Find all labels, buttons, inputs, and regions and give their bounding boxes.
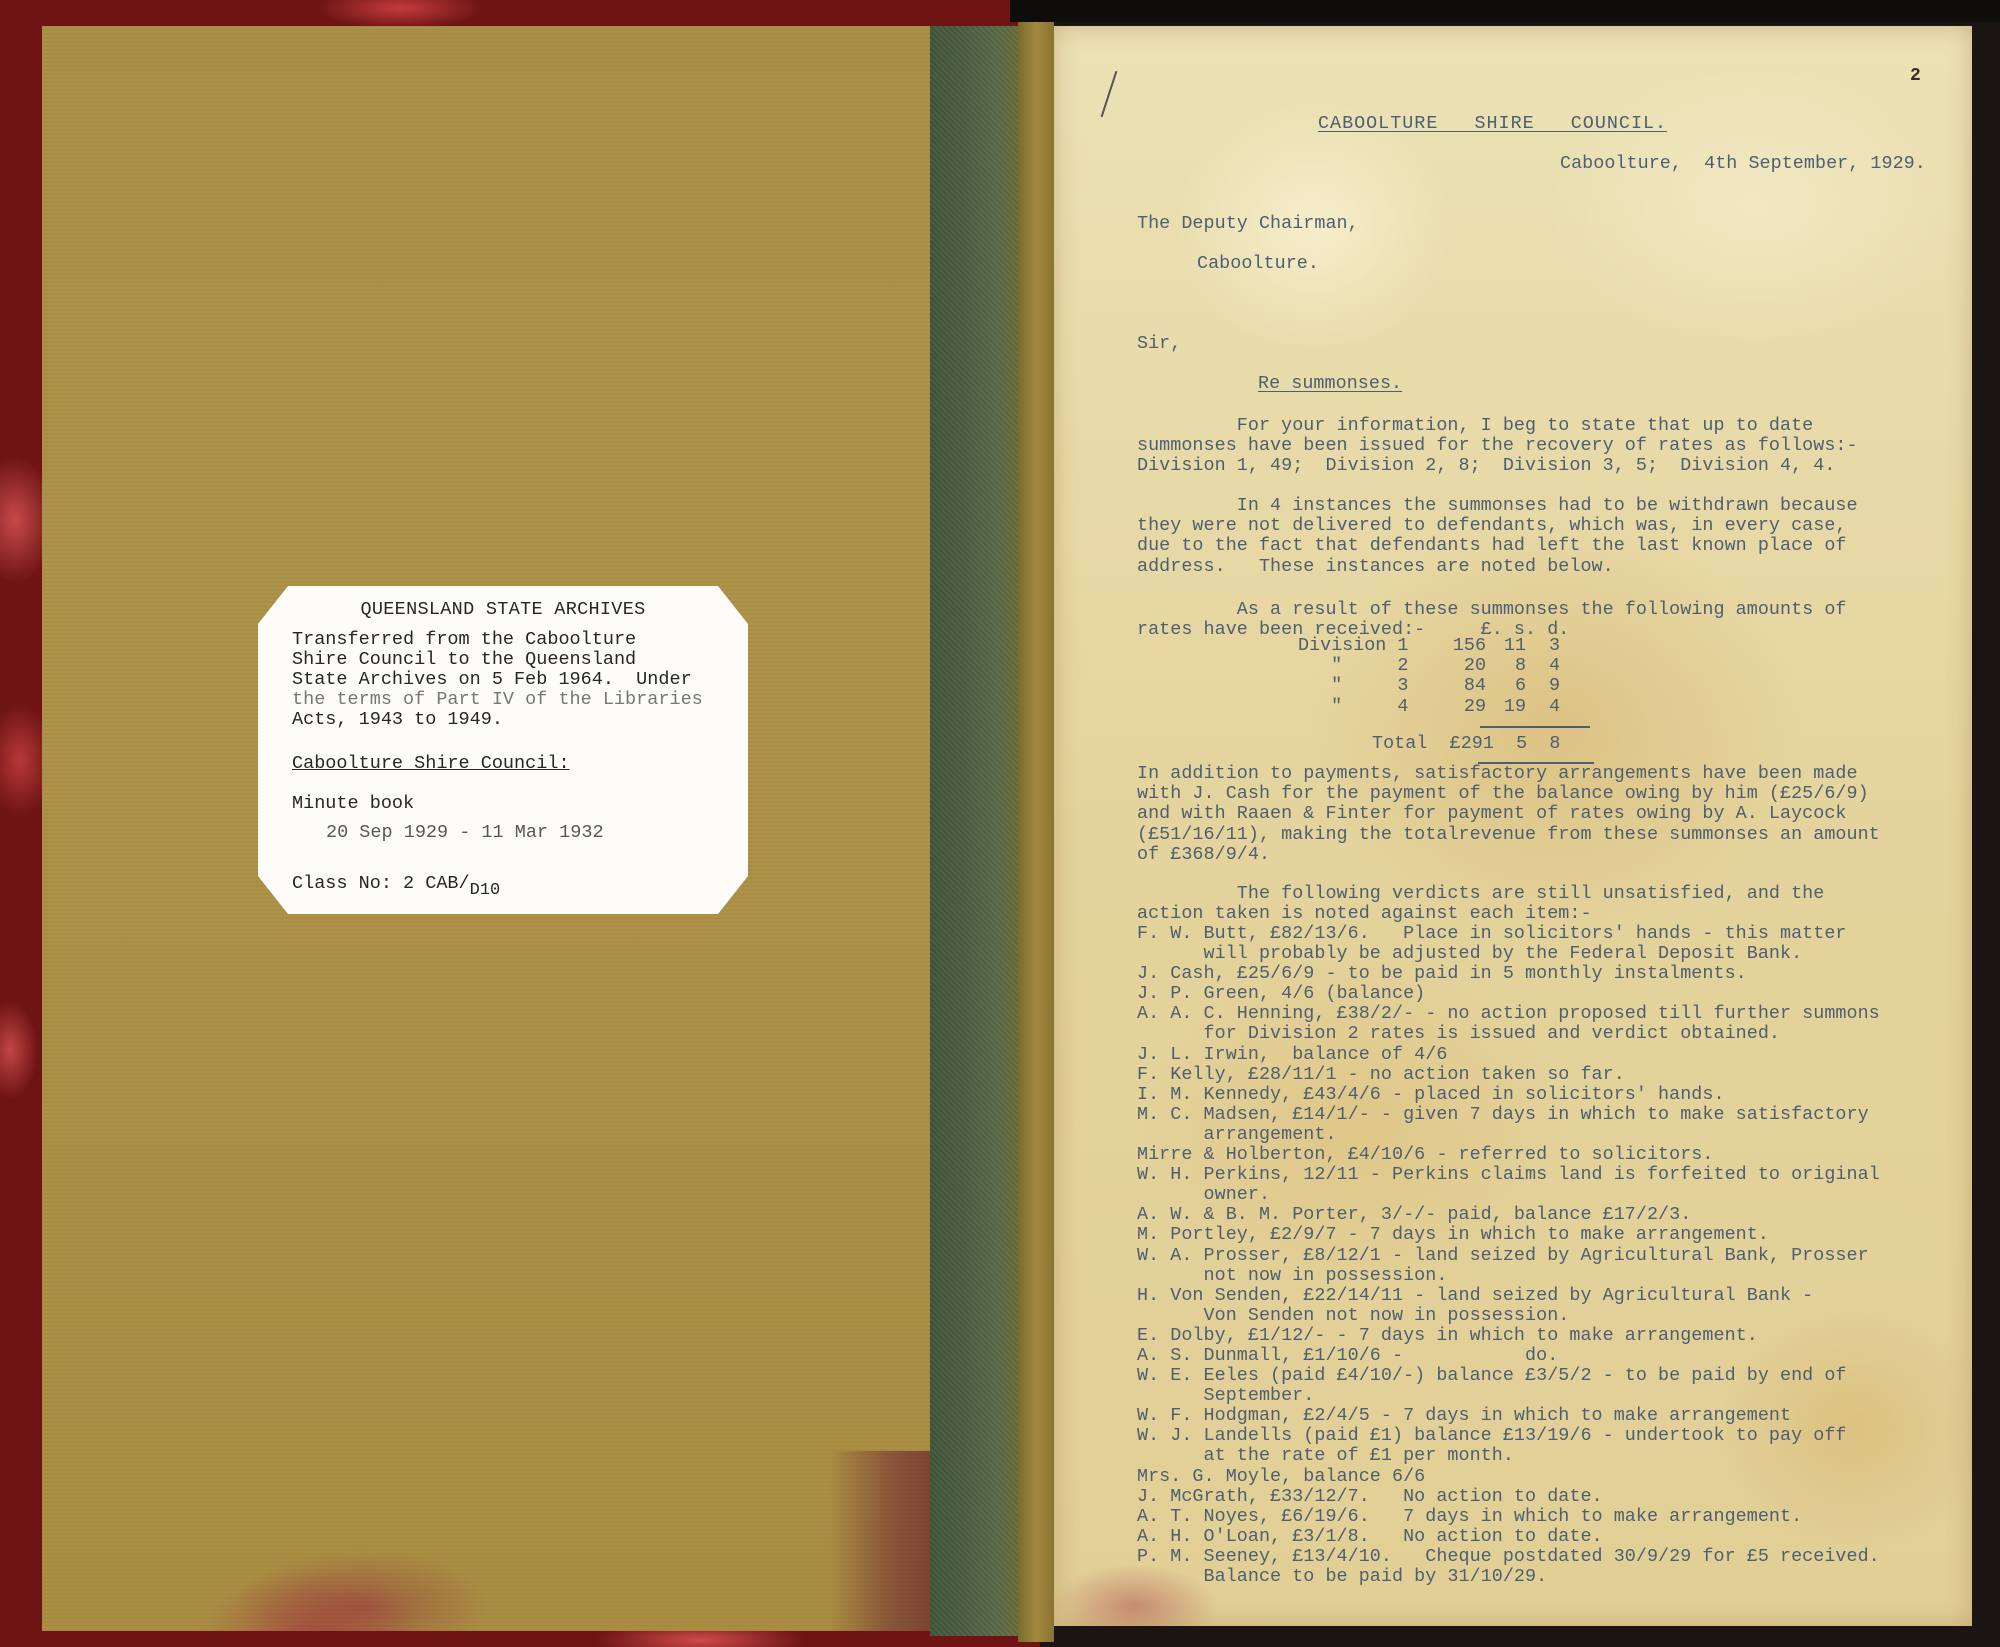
letter-heading: CABOOLTURE SHIRE COUNCIL. — [1318, 114, 1667, 134]
letter-salutation: Sir, — [1137, 334, 1181, 354]
page-number: 2 — [1910, 66, 1921, 86]
rates-cell: 3 — [1526, 636, 1560, 656]
cloth-spine — [930, 26, 1018, 1636]
rates-cell: 156 — [1426, 636, 1486, 656]
rates-row: Division 1156113 — [1298, 636, 1560, 656]
verdict-item: W. F. Hodgman, £2/4/5 - 7 days in which … — [1137, 1406, 1880, 1426]
label-agency: Caboolture Shire Council: — [292, 754, 570, 774]
agency-name: Caboolture Shire Council — [292, 753, 558, 774]
verdict-item: J. Cash, £25/6/9 - to be paid in 5 month… — [1137, 964, 1880, 984]
rates-received-table: Division 1156113 " 22084 " 38469 " 42919… — [1298, 636, 1560, 717]
verdict-item: M. Portley, £2/9/7 - 7 days in which to … — [1137, 1225, 1880, 1245]
paragraph-withdrawn: In 4 instances the summonses had to be w… — [1137, 496, 1858, 577]
verdict-item: A. S. Dunmall, £1/10/6 - do. — [1137, 1346, 1880, 1366]
verdict-item: W. E. Eeles (paid £4/10/-) balance £3/5/… — [1137, 1366, 1880, 1406]
verdict-item: A. H. O'Loan, £3/1/8. No action to date. — [1137, 1527, 1880, 1547]
verdict-item: J. McGrath, £33/12/7. No action to date. — [1137, 1487, 1880, 1507]
letter-addressee: The Deputy Chairman, — [1137, 214, 1359, 234]
agency-colon: : — [558, 753, 569, 774]
rates-cell: 8 — [1486, 656, 1526, 676]
rates-cell: 11 — [1486, 636, 1526, 656]
verdict-item: H. Von Senden, £22/14/11 - land seized b… — [1137, 1286, 1880, 1326]
paragraph-amounts-received: As a result of these summonses the follo… — [1137, 600, 1847, 640]
verdict-item: A. W. & B. M. Porter, 3/-/- paid, balanc… — [1137, 1205, 1880, 1225]
rates-row: " 38469 — [1298, 676, 1560, 696]
rates-row: " 429194 — [1298, 697, 1560, 717]
class-prefix: Class No: 2 CAB/ — [292, 873, 470, 894]
rates-cell: 6 — [1486, 676, 1526, 696]
rates-cell: 29 — [1426, 697, 1486, 717]
rates-total: Total £291 5 8 — [1372, 734, 1561, 754]
rates-cell: 9 — [1526, 676, 1560, 696]
rates-cell: " 4 — [1298, 697, 1426, 717]
rates-cell: 4 — [1526, 656, 1560, 676]
verdict-item: I. M. Kennedy, £43/4/6 - placed in solic… — [1137, 1085, 1880, 1105]
label-date-range: 20 Sep 1929 - 11 Mar 1932 — [326, 823, 604, 843]
binding-gutter — [1018, 22, 1054, 1642]
label-record-type: Minute book — [292, 794, 414, 814]
rates-cell: " 2 — [1298, 656, 1426, 676]
verdict-item: J. L. Irwin, balance of 4/6 — [1137, 1045, 1880, 1065]
background-shadow — [1010, 0, 2000, 22]
verdict-item: F. Kelly, £28/11/1 - no action taken so … — [1137, 1065, 1880, 1085]
paragraph-summonses-issued: For your information, I beg to state tha… — [1137, 416, 1858, 477]
letter-addressee-place: Caboolture. — [1197, 254, 1319, 274]
rates-cell: Division 1 — [1298, 636, 1426, 656]
label-line: Acts, 1943 to 1949. — [292, 709, 503, 730]
rates-cell: 4 — [1526, 697, 1560, 717]
label-body: Transferred from the Caboolture Shire Co… — [292, 630, 703, 730]
verdict-item: W. J. Landells (paid £1) balance £13/19/… — [1137, 1426, 1880, 1466]
verdict-item: Mirre & Holberton, £4/10/6 - referred to… — [1137, 1145, 1880, 1165]
stain — [202, 1571, 422, 1631]
total-label: Total — [1372, 733, 1427, 754]
verdict-item: Mrs. G. Moyle, balance 6/6 — [1137, 1467, 1880, 1487]
label-class-number: Class No: 2 CAB/D10 — [292, 874, 500, 901]
label-title: QUEENSLAND STATE ARCHIVES — [258, 600, 748, 620]
rates-row: " 22084 — [1298, 656, 1560, 676]
paragraph-arrangements: In addition to payments, satisfactory ar… — [1137, 764, 1880, 865]
total-rule — [1480, 726, 1590, 728]
total-value: £291 5 8 — [1450, 733, 1561, 754]
rates-cell: 20 — [1426, 656, 1486, 676]
verdict-item: F. W. Butt, £82/13/6. Place in solicitor… — [1137, 924, 1880, 964]
verdict-item: A. T. Noyes, £6/19/6. 7 days in which to… — [1137, 1507, 1880, 1527]
verdict-item: A. A. C. Henning, £38/2/- - no action pr… — [1137, 1004, 1880, 1044]
label-line: the terms of Part IV of the Libraries — [292, 689, 703, 710]
verdict-item: W. A. Prosser, £8/12/1 - land seized by … — [1137, 1246, 1880, 1286]
letter-dateline: Caboolture, 4th September, 1929. — [1560, 154, 1926, 174]
verdict-item: M. C. Madsen, £14/1/- - given 7 days in … — [1137, 1105, 1880, 1145]
archive-label: QUEENSLAND STATE ARCHIVES Transferred fr… — [258, 586, 748, 914]
rates-cell: 84 — [1426, 676, 1486, 696]
label-line: State Archives on 5 Feb 1964. Under — [292, 669, 692, 690]
stain — [830, 1451, 930, 1631]
verdict-item: P. M. Seeney, £13/4/10. Cheque postdated… — [1137, 1547, 1880, 1587]
class-suffix: D10 — [470, 881, 501, 900]
rates-cell: 19 — [1486, 697, 1526, 717]
label-line: Transferred from the Caboolture — [292, 629, 636, 650]
verdict-item: W. H. Perkins, 12/11 - Perkins claims la… — [1137, 1165, 1880, 1205]
label-line: Shire Council to the Queensland — [292, 649, 636, 670]
verdicts-list: F. W. Butt, £82/13/6. Place in solicitor… — [1137, 924, 1880, 1587]
verdict-item: E. Dolby, £1/12/- - 7 days in which to m… — [1137, 1326, 1880, 1346]
rates-cell: " 3 — [1298, 676, 1426, 696]
letter-subject: Re summonses. — [1258, 374, 1402, 394]
verdict-item: J. P. Green, 4/6 (balance) — [1137, 984, 1880, 1004]
paragraph-verdicts-intro: The following verdicts are still unsatis… — [1137, 884, 1824, 924]
